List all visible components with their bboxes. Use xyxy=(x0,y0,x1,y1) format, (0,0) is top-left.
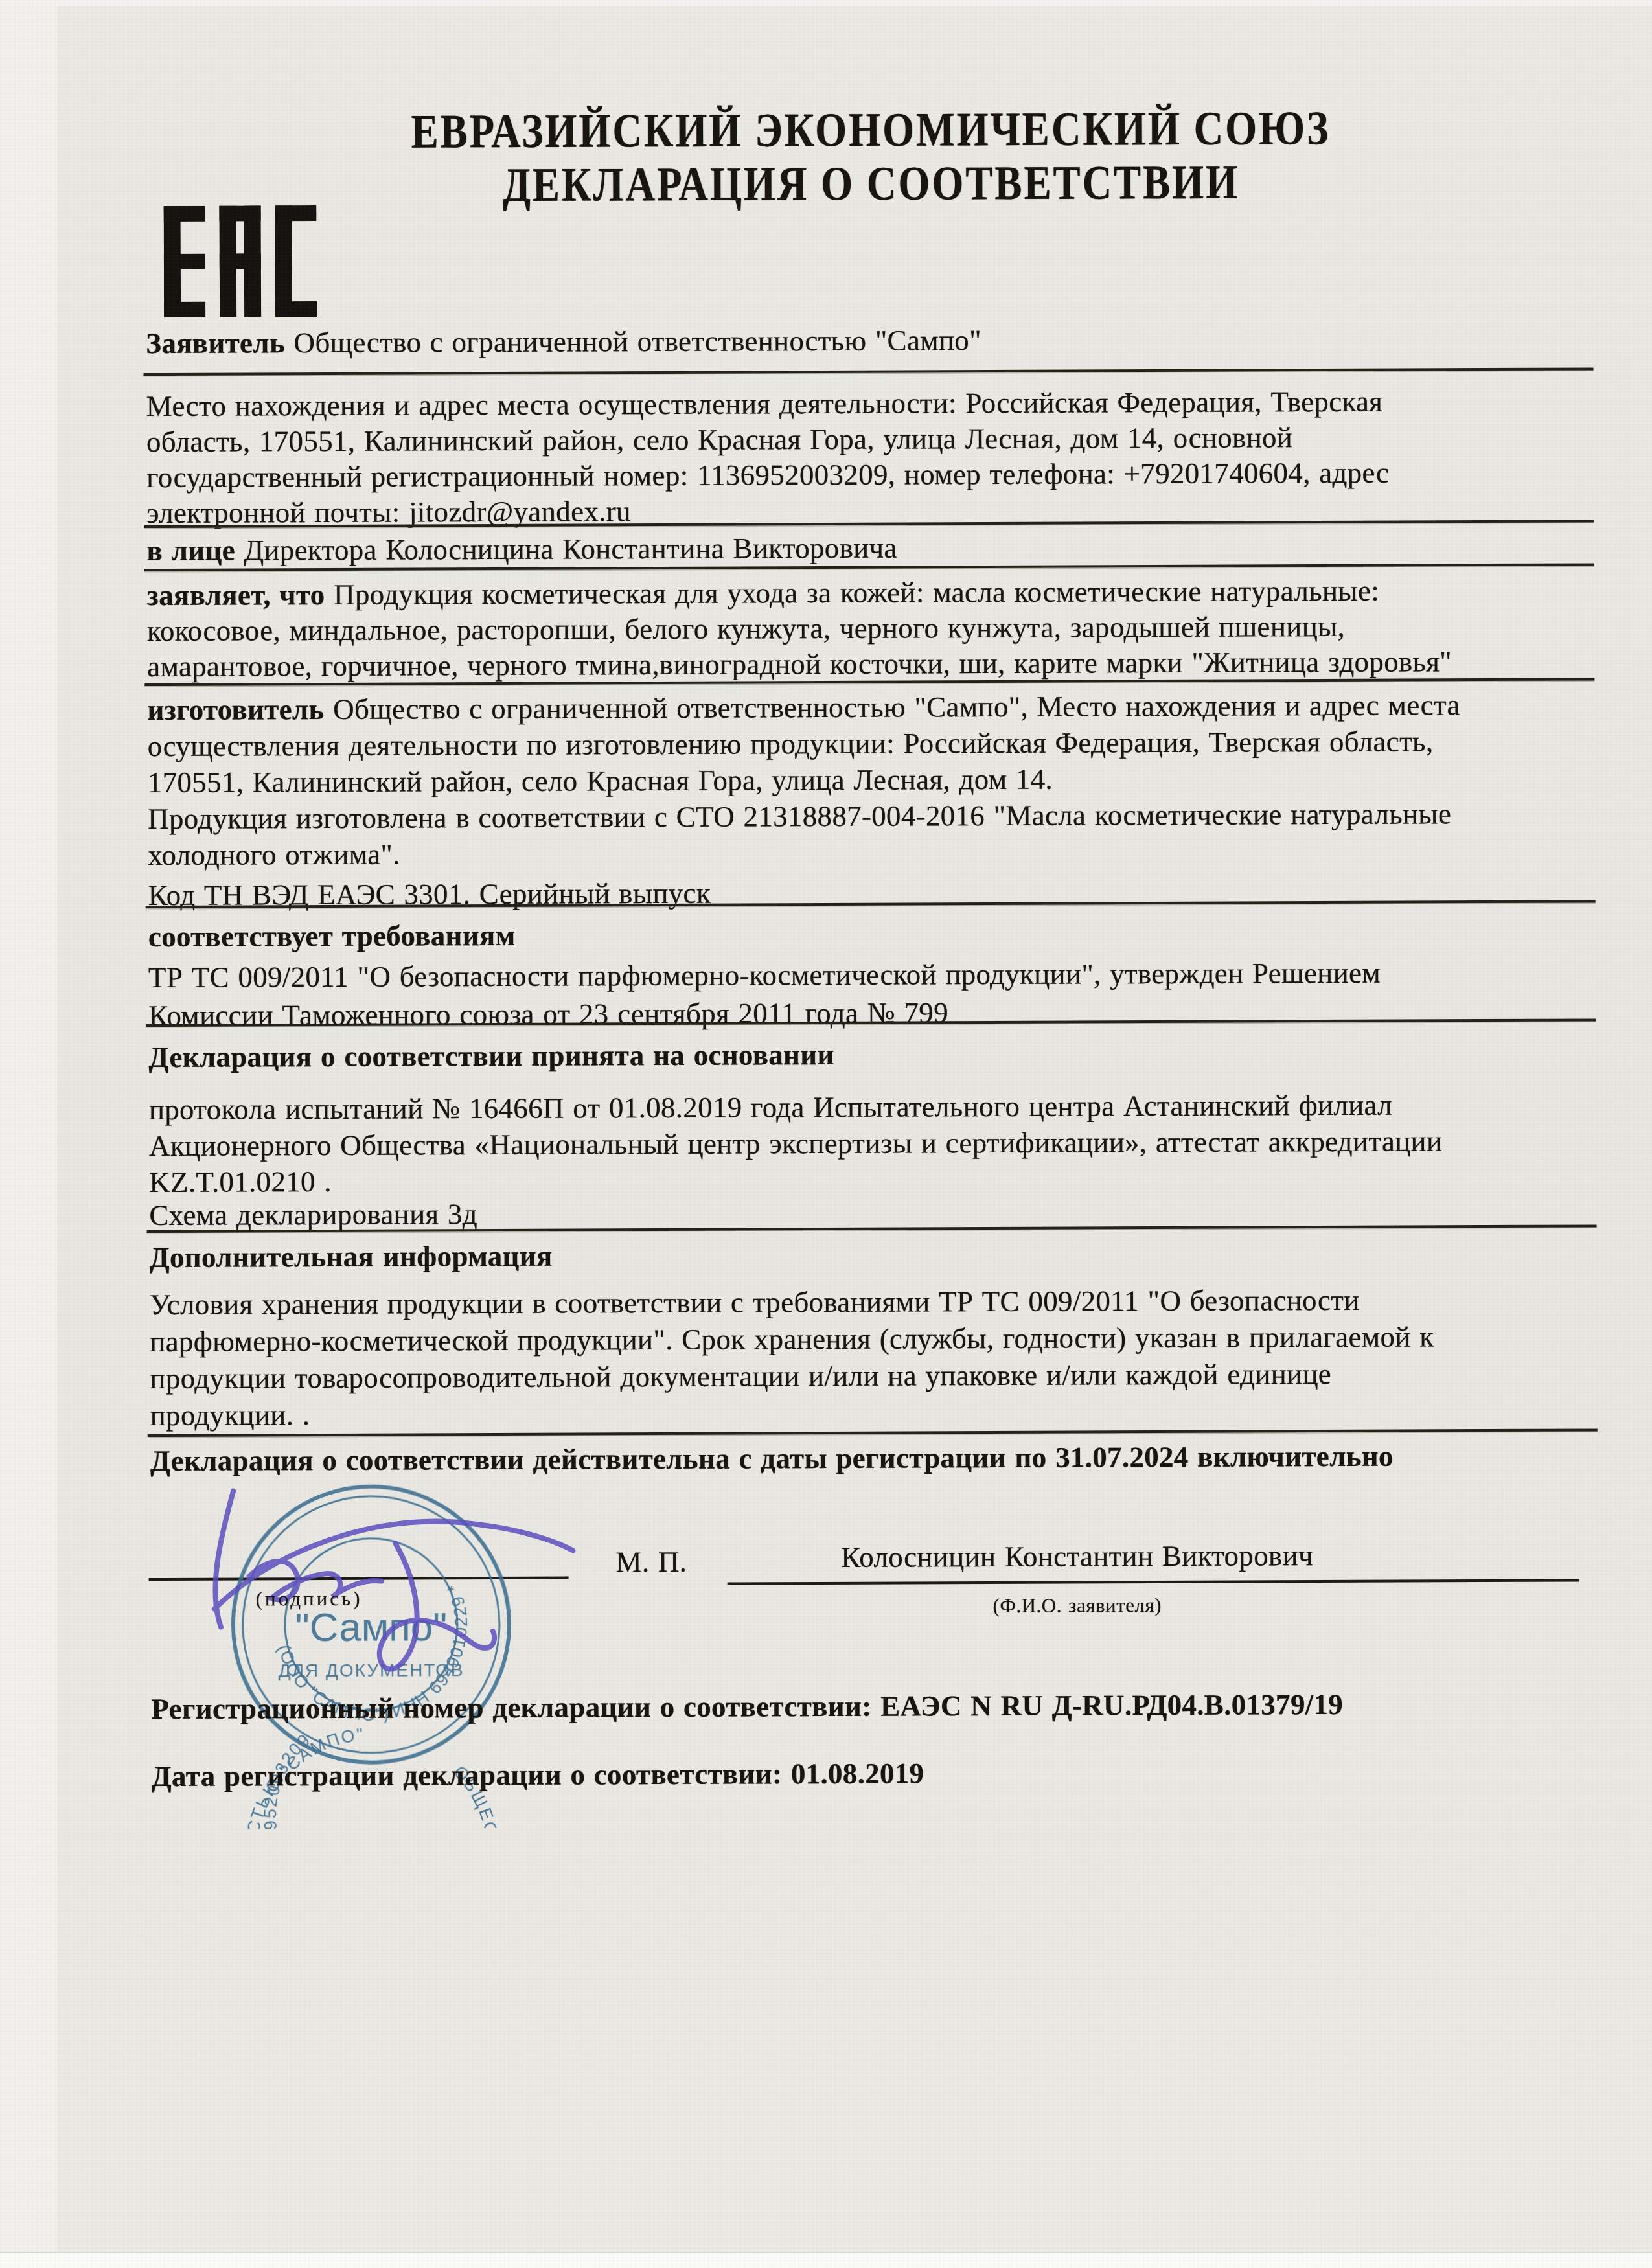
scan-bottom-edge xyxy=(0,2252,1652,2268)
document-title-line2: ДЕКЛАРАЦИЯ О СООТВЕТСТВИИ xyxy=(268,154,1473,214)
manufacturer-label: изготовитель xyxy=(147,693,324,726)
additional-paragraph: Условия хранения продукции в соответстви… xyxy=(150,1281,1598,1434)
fio-value: Колосницин Константин Викторович xyxy=(766,1539,1388,1575)
basis-heading: Декларация о соответствии принята на осн… xyxy=(148,1035,1596,1075)
document-title-line1: ЕВРАЗИЙСКИЙ ЭКОНОМИЧЕСКИЙ СОЮЗ xyxy=(268,100,1473,160)
registration-date-line: Дата регистрации декларации о соответств… xyxy=(152,1754,1616,1794)
signature-caption: (подпись) xyxy=(256,1587,363,1611)
basis-paragraph: протокола испытаний № 16466П от 01.08.20… xyxy=(149,1086,1598,1200)
complies-heading: соответствует требованиям xyxy=(148,914,1596,954)
declares-paragraph: заявляет, что Продукция косметическая дл… xyxy=(147,572,1596,685)
applicant-value: Общество с ограниченной ответственностью… xyxy=(293,324,981,359)
manufacturer-text: Общество с ограниченной ответственностью… xyxy=(148,689,1460,871)
additional-heading: Дополнительная информация xyxy=(150,1235,1598,1275)
divider-line xyxy=(143,367,1593,376)
in-person-line: в лице Директора Колосницина Константина… xyxy=(146,528,1591,568)
declares-text: Продукция косметическая для ухода за кож… xyxy=(147,575,1452,683)
manufacturer-paragraph: изготовитель Общество с ограниченной отв… xyxy=(147,686,1596,873)
registration-number-line: Регистрационный номер декларации о соотв… xyxy=(151,1686,1615,1726)
applicant-line: Заявитель Общество с ограниченной ответс… xyxy=(146,321,1590,361)
in-person-value: Директора Колосницина Константина Виктор… xyxy=(244,532,897,567)
stamp-center-sub: ДЛЯ ДОКУМЕНТОВ xyxy=(279,1660,465,1680)
fio-line xyxy=(728,1579,1579,1585)
applicant-label: Заявитель xyxy=(146,326,285,360)
stamp-center-name: "Сампо" xyxy=(295,1605,447,1650)
eac-logo-icon xyxy=(163,205,317,317)
in-person-label: в лице xyxy=(146,534,235,567)
document-body: ЕВРАЗИЙСКИЙ ЭКОНОМИЧЕСКИЙ СОЮЗ ДЕКЛАРАЦИ… xyxy=(0,0,1652,2268)
address-paragraph: Место нахождения и адрес места осуществл… xyxy=(146,383,1595,531)
scanned-document-page: ЕВРАЗИЙСКИЙ ЭКОНОМИЧЕСКИЙ СОЮЗ ДЕКЛАРАЦИ… xyxy=(0,0,1652,2268)
declares-label: заявляет, что xyxy=(147,578,325,612)
fio-caption: (Ф.И.О. заявителя) xyxy=(766,1593,1388,1619)
